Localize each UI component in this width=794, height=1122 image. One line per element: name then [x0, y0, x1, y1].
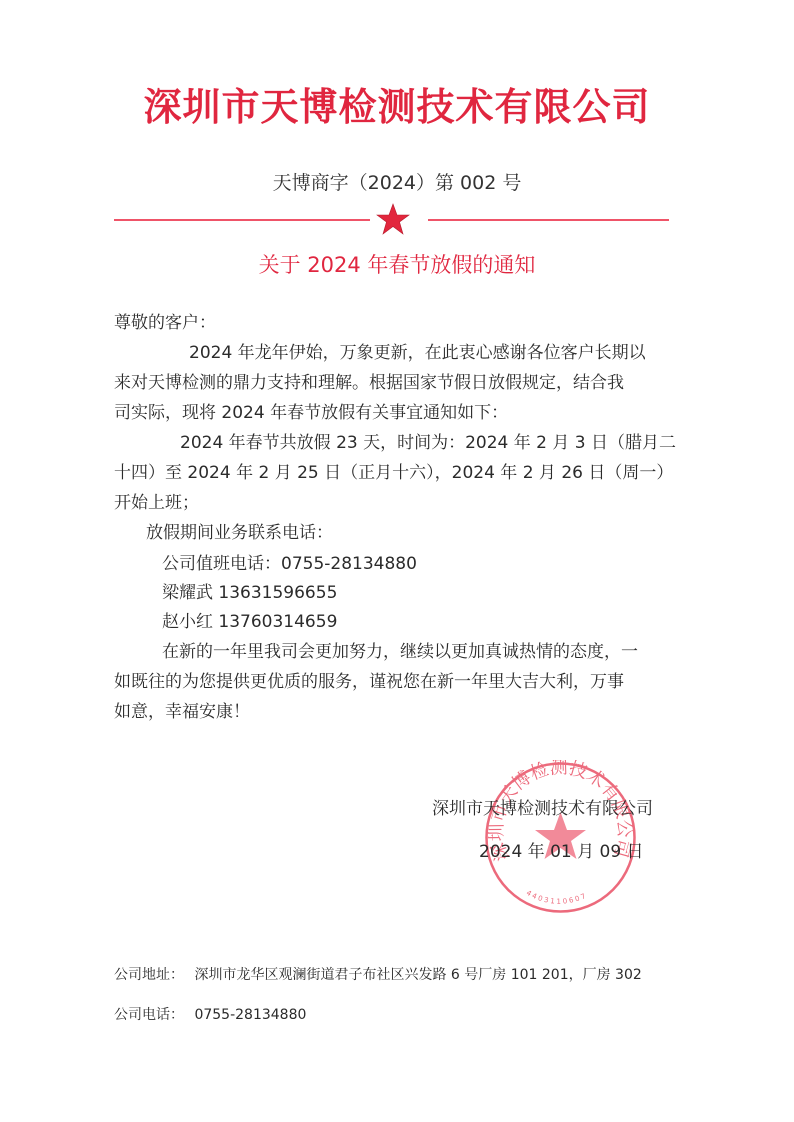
notice-title: 关于 2024 年春节放假的通知 — [0, 250, 794, 280]
address-label: 公司地址： — [114, 967, 184, 983]
paragraph1-line1: 2024 年龙年伊始，万象更新，在此衷心感谢各位客户长期以 — [189, 341, 646, 365]
svg-text:4403110607: 4403110607 — [525, 889, 589, 906]
contact-person-2: 赵小红 13760314659 — [162, 610, 337, 634]
document-number: 天博商字（2024）第 002 号 — [0, 170, 794, 196]
paragraph2-line3: 开始上班； — [114, 491, 199, 515]
contact-person-1: 梁耀武 13631596655 — [162, 581, 337, 605]
company-seal-icon: 深圳市天博检测技术有限公司 4403110607 — [483, 760, 638, 915]
signature-company: 深圳市天博检测技术有限公司 — [432, 797, 653, 821]
paragraph1-line2: 来对天博检测的鼎力支持和理解。根据国家节假日放假规定，结合我 — [114, 371, 624, 395]
address-value: 深圳市龙华区观澜街道君子布社区兴发路 6 号厂房 101 201，厂房 302 — [194, 967, 641, 983]
phone-value: 0755-28134880 — [194, 1007, 306, 1023]
seal-code: 4403110607 — [525, 889, 589, 906]
signature-date: 2024 年 01 月 09 日 — [479, 840, 644, 864]
paragraph1-line3: 司实际，现将 2024 年春节放假有关事宜通知如下： — [114, 401, 508, 425]
paragraph3-line2: 如既往的为您提供更优质的服务，谨祝您在新一年里大吉大利，万事 — [114, 670, 624, 694]
paragraph2-line1: 2024 年春节共放假 23 天，时间为：2024 年 2 月 3 日（腊月二 — [180, 431, 676, 455]
footer-address: 公司地址： 深圳市龙华区观澜街道君子布社区兴发路 6 号厂房 101 201，厂… — [114, 965, 642, 985]
phone-label: 公司电话： — [114, 1007, 184, 1023]
paragraph2-line2: 十四）至 2024 年 2 月 25 日（正月十六），2024 年 2 月 26… — [114, 461, 673, 485]
header-divider-left — [114, 219, 370, 221]
header-divider-right — [428, 219, 669, 221]
paragraph3-line1: 在新的一年里我司会更加努力，继续以更加真诚热情的态度，一 — [162, 640, 638, 664]
contacts-heading: 放假期间业务联系电话： — [146, 521, 333, 545]
paragraph3-line3: 如意，幸福安康！ — [114, 700, 250, 724]
contact-duty-phone: 公司值班电话：0755-28134880 — [162, 552, 417, 576]
salutation: 尊敬的客户： — [114, 311, 216, 335]
footer-phone: 公司电话： 0755-28134880 — [114, 1005, 306, 1025]
company-letterhead-title: 深圳市天博检测技术有限公司 — [0, 82, 794, 132]
red-star-icon — [376, 203, 410, 235]
